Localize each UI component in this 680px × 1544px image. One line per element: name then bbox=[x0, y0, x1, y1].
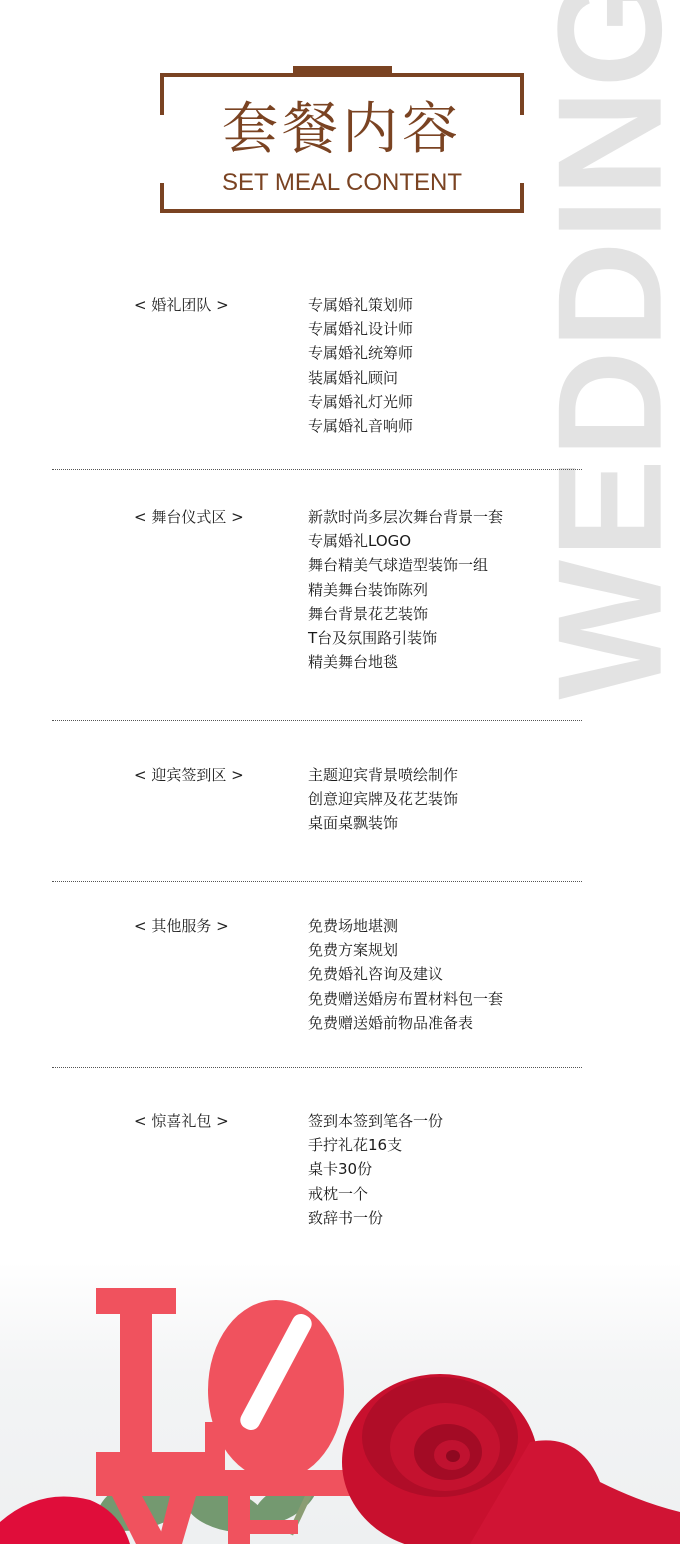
page-subtitle: SET MEAL CONTENT bbox=[160, 168, 524, 198]
frame-edge-top bbox=[160, 73, 524, 77]
list-item: 主题迎宾背景喷绘制作 bbox=[308, 763, 458, 787]
list-item: 免费方案规划 bbox=[308, 938, 503, 962]
list-item: 装属婚礼顾问 bbox=[308, 366, 413, 390]
section-items: 免费场地堪测 免费方案规划 免费婚礼咨询及建议 免费赠送婚房布置材料包一套 免费… bbox=[308, 914, 503, 1035]
section-items: 签到本签到笔各一份 手拧礼花16支 桌卡30份 戒枕一个 致辞书一份 bbox=[308, 1109, 443, 1230]
section-label: < 婚礼团队 > bbox=[134, 293, 229, 317]
list-item: 免费赠送婚房布置材料包一套 bbox=[308, 987, 503, 1011]
red-rose bbox=[342, 1374, 680, 1544]
list-item: 专属婚礼策划师 bbox=[308, 293, 413, 317]
section-label: < 其他服务 > bbox=[134, 914, 229, 938]
section-divider bbox=[52, 1067, 582, 1068]
love-rose-photo bbox=[0, 1262, 680, 1544]
list-item: 精美舞台地毯 bbox=[308, 650, 503, 674]
list-item: 致辞书一份 bbox=[308, 1206, 443, 1230]
section-label: < 迎宾签到区 > bbox=[134, 763, 244, 787]
list-item: 专属婚礼灯光师 bbox=[308, 390, 413, 414]
list-item: 舞台精美气球造型装饰一组 bbox=[308, 553, 503, 577]
list-item: 舞台背景花艺装饰 bbox=[308, 602, 503, 626]
list-item: 专属婚礼设计师 bbox=[308, 317, 413, 341]
list-item: 专属婚礼LOGO bbox=[308, 529, 503, 553]
list-item: 签到本签到笔各一份 bbox=[308, 1109, 443, 1133]
section-label: < 惊喜礼包 > bbox=[134, 1109, 229, 1133]
section-items: 主题迎宾背景喷绘制作 创意迎宾牌及花艺装饰 桌面桌飘装饰 bbox=[308, 763, 458, 836]
love-letter-o bbox=[208, 1300, 344, 1480]
list-item: 免费赠送婚前物品准备表 bbox=[308, 1011, 503, 1035]
love-rose-illustration bbox=[0, 1262, 680, 1544]
love-letter-l bbox=[96, 1288, 225, 1470]
list-item: 精美舞台装饰陈列 bbox=[308, 578, 503, 602]
list-item: 创意迎宾牌及花艺装饰 bbox=[308, 787, 458, 811]
section-divider bbox=[52, 720, 582, 721]
list-item: 桌卡30份 bbox=[308, 1157, 443, 1181]
section-divider bbox=[52, 881, 582, 882]
list-item: 手拧礼花16支 bbox=[308, 1133, 443, 1157]
list-item: 桌面桌飘装饰 bbox=[308, 811, 458, 835]
page-title: 套餐内容 bbox=[160, 96, 524, 164]
list-item: 免费婚礼咨询及建议 bbox=[308, 962, 503, 986]
list-item: 免费场地堪测 bbox=[308, 914, 503, 938]
list-item: T台及氛围路引装饰 bbox=[308, 626, 503, 650]
section-label: < 舞台仪式区 > bbox=[134, 505, 244, 529]
frame-edge-bottom bbox=[160, 209, 524, 213]
section-divider bbox=[52, 469, 582, 470]
wedding-watermark: WEDDING bbox=[553, 20, 669, 650]
list-item: 专属婚礼统筹师 bbox=[308, 341, 413, 365]
wedding-watermark-text: WEDDING bbox=[537, 0, 680, 700]
list-item: 戒枕一个 bbox=[308, 1182, 443, 1206]
section-items: 新款时尚多层次舞台背景一套 专属婚礼LOGO 舞台精美气球造型装饰一组 精美舞台… bbox=[308, 505, 503, 674]
list-item: 专属婚礼音响师 bbox=[308, 414, 413, 438]
section-items: 专属婚礼策划师 专属婚礼设计师 专属婚礼统筹师 装属婚礼顾问 专属婚礼灯光师 专… bbox=[308, 293, 413, 438]
list-item: 新款时尚多层次舞台背景一套 bbox=[308, 505, 503, 529]
